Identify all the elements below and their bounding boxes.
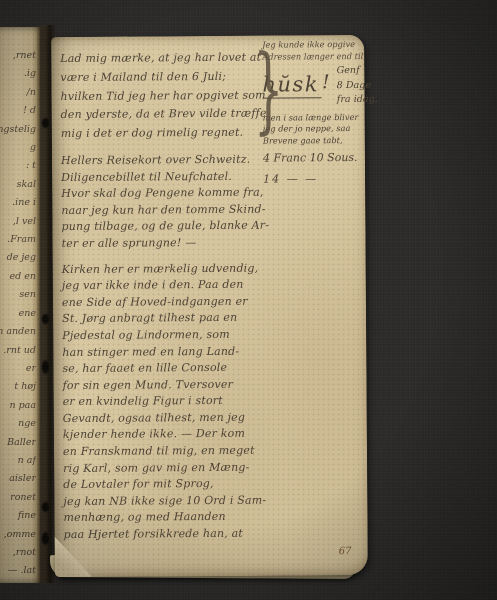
paragraph: Hellers Reisekort over Schweitz.Diligenc… [61,152,262,253]
genf-note: Genf8 Dagefra idag, [337,64,378,108]
handwriting-line: for sin egen Mund. Tversover [62,376,262,394]
handwriting-fragment: fine [0,507,36,525]
handwriting-line: ter er alle sprungne! — [62,235,262,253]
handwriting-line: ene Side af Hoved-indgangen er [62,293,262,311]
handwriting-line: menhæng, og med Haanden [63,509,263,527]
handwriting-line: er en kvindelig Figur i stort [63,393,263,411]
handwriting-line: fra idag, [337,93,378,108]
handwriting-line: naar jeg kun har den tomme Skind- [61,201,261,219]
amount-note: 4 Franc 10 Sous. [263,151,363,165]
binding-spot [41,313,50,325]
handwriting-fragment: rnot, [0,544,36,562]
handwriting-line: han stinger med en lang Land- [62,343,262,361]
handwriting-line: den yderste, da et Brev vilde træffe [61,105,261,125]
previous-page-text-fragments: rnet,ig.n/d !ngsteliggt :skaline i.l vel… [0,47,36,581]
handwriting-fragment: n/ [0,84,36,102]
handwriting-line: Lad mig mærke, at jeg har lovet at [60,49,260,69]
handwriting-fragment: er [0,360,36,378]
paragraph-brace: } [253,40,266,144]
handwriting-line: Pjedestal og Lindormen, som [62,327,262,345]
handwriting-line: paa Hjertet forsikkrede han, at [64,526,264,544]
exclamation-mark: ! [322,72,330,92]
binding-spot [41,501,50,513]
handwriting-line: Kirken her er mærkelig udvendig, [62,260,262,278]
binding-spot [41,359,50,375]
handwriting-fragment: ene [0,305,36,323]
figure-note: 14 — — [263,172,363,186]
handwriting-line: en Franskmand til mig, en meget [63,443,263,461]
handwriting-line: Diligencebillet til Neufchatel. [61,168,261,186]
handwriting-fragment: t høj [0,378,36,396]
main-text-block: Lad mig mærke, at jeg har lovet atvære i… [60,49,264,553]
handwriting-line: jeg kan NB ikke sige 10 Ord i Sam- [63,492,263,510]
paragraph: Lad mig mærke, at jeg har lovet atvære i… [60,49,261,144]
handwriting-line: Gevandt, ogsaa tilhest, men jeg [63,410,263,428]
handwriting-fragment: ronet [0,489,36,507]
handwriting-fragment: t : [0,157,36,175]
handwriting-fragment: de jeg [0,249,36,267]
handwriting-line: de Lovtaler for mit Sprog, [63,476,263,494]
manuscript-page: Lad mig mærke, at jeg har lovet atvære i… [51,35,368,577]
handwriting-fragment: Fram. [0,231,36,249]
handwriting-line: pung tilbage, og de gule, blanke Ar- [61,218,261,236]
handwriting-fragment: ed en [0,268,36,286]
handwriting-fragment: lat. — [0,562,36,580]
handwriting-fragment: omme, [0,526,36,544]
handwriting-fragment: Baller [0,434,36,452]
handwriting-line: se, har faaet en lille Console [62,360,262,378]
page-number: 67 [339,546,352,557]
previous-page-edge: rnet,ig.n/d !ngsteliggt :skaline i.l vel… [0,27,40,583]
handwriting-fragment: rnt ud. [0,342,36,360]
handwriting-fragment: d ! [0,102,36,120]
handwriting-line: hvilken Tid jeg her har opgivet som [60,86,260,106]
handwriting-fragment: rnet, [0,47,36,65]
handwriting-fragment: n paa [0,397,36,415]
handwriting-line: kjender hende ikke. — Der kom [63,426,263,444]
handwriting-line: Hellers Reisekort over Schweitz. [61,152,261,170]
handwriting-fragment: sen [0,286,36,304]
binding-spot [41,531,50,546]
handwriting-line: Hvor skal dog Pengene komme fra, [61,185,261,203]
handwriting-line: mig i det er dog rimelig regnet. [61,124,261,144]
handwriting-fragment: ngstelig [0,121,36,139]
handwriting-line: jeg var ikke inde i den. Paa den [62,277,262,295]
handwriting-line: 8 Dage [337,78,378,93]
paragraph: Kirken her er mærkelig udvendig,jeg var … [62,260,264,543]
handwriting-fragment: nge [0,415,36,433]
handwriting-fragment: skal [0,176,36,194]
handwriting-line: rig Karl, som gav mig en Mæng- [63,459,263,477]
handwriting-line: St. Jørg anbragt tilhest paa en [62,310,262,328]
handwriting-fragment: n af [0,452,36,470]
handwriting-fragment: ine i. [0,194,36,212]
handwriting-fragment: l vel, [0,213,36,231]
handwriting-fragment: aisler [0,470,36,488]
handwriting-fragment: ig. [0,65,36,83]
binding-spot [41,117,50,129]
manuscript-photo: rnet,ig.n/d !ngsteliggt :skaline i.l vel… [0,0,497,600]
handwriting-line: være i Mailand til den 6 Juli; [60,67,260,87]
handwriting-fragment: g [0,139,36,157]
handwriting-line: Genf [337,64,378,79]
handwriting-fragment: n anden [0,323,36,341]
